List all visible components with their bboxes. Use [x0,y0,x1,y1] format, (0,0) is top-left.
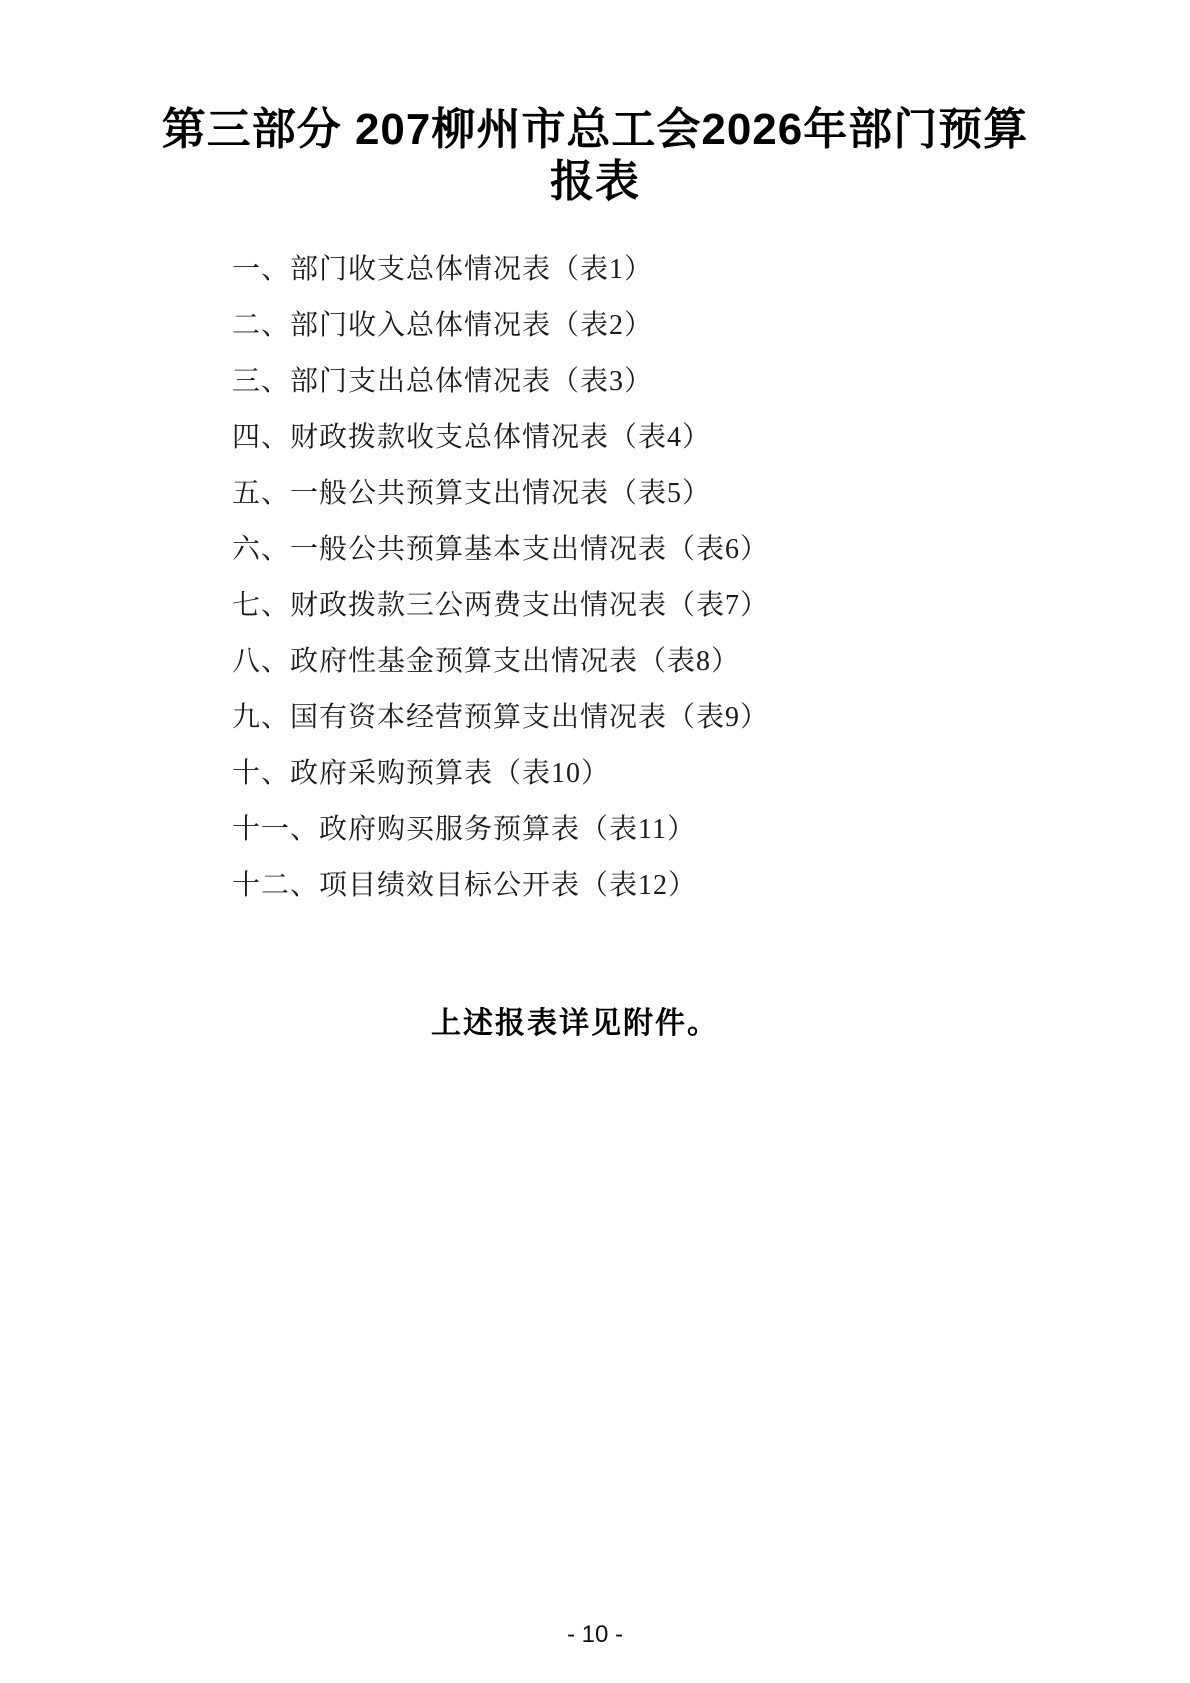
list-item: 六、一般公共预算基本支出情况表（表6） [232,522,1190,578]
page-number: - 10 - [0,1621,1190,1649]
list-item: 九、国有资本经营预算支出情况表（表9） [232,690,1190,746]
list-item: 十、政府采购预算表（表10） [232,746,1190,802]
report-table-list: 一、部门收支总体情况表（表1） 二、部门收入总体情况表（表2） 三、部门支出总体… [232,242,1190,914]
list-item: 二、部门收入总体情况表（表2） [232,298,1190,354]
list-item: 七、财政拨款三公两费支出情况表（表7） [232,578,1190,634]
page-title: 第三部分 207柳州市总工会2026年部门预算 报表 [125,104,1065,208]
page-title-line-1: 第三部分 207柳州市总工会2026年部门预算 [125,104,1065,156]
list-item: 十二、项目绩效目标公开表（表12） [232,858,1190,914]
list-item: 五、一般公共预算支出情况表（表5） [232,466,1190,522]
list-item: 八、政府性基金预算支出情况表（表8） [232,634,1190,690]
list-item: 十一、政府购买服务预算表（表11） [232,802,1190,858]
list-item: 一、部门收支总体情况表（表1） [232,242,1190,298]
document-page: 第三部分 207柳州市总工会2026年部门预算 报表 一、部门收支总体情况表（表… [0,0,1190,1683]
list-item: 四、财政拨款收支总体情况表（表4） [232,410,1190,466]
page-title-line-2: 报表 [125,156,1065,208]
list-item: 三、部门支出总体情况表（表3） [232,354,1190,410]
attachment-note: 上述报表详见附件。 [0,998,1170,1042]
